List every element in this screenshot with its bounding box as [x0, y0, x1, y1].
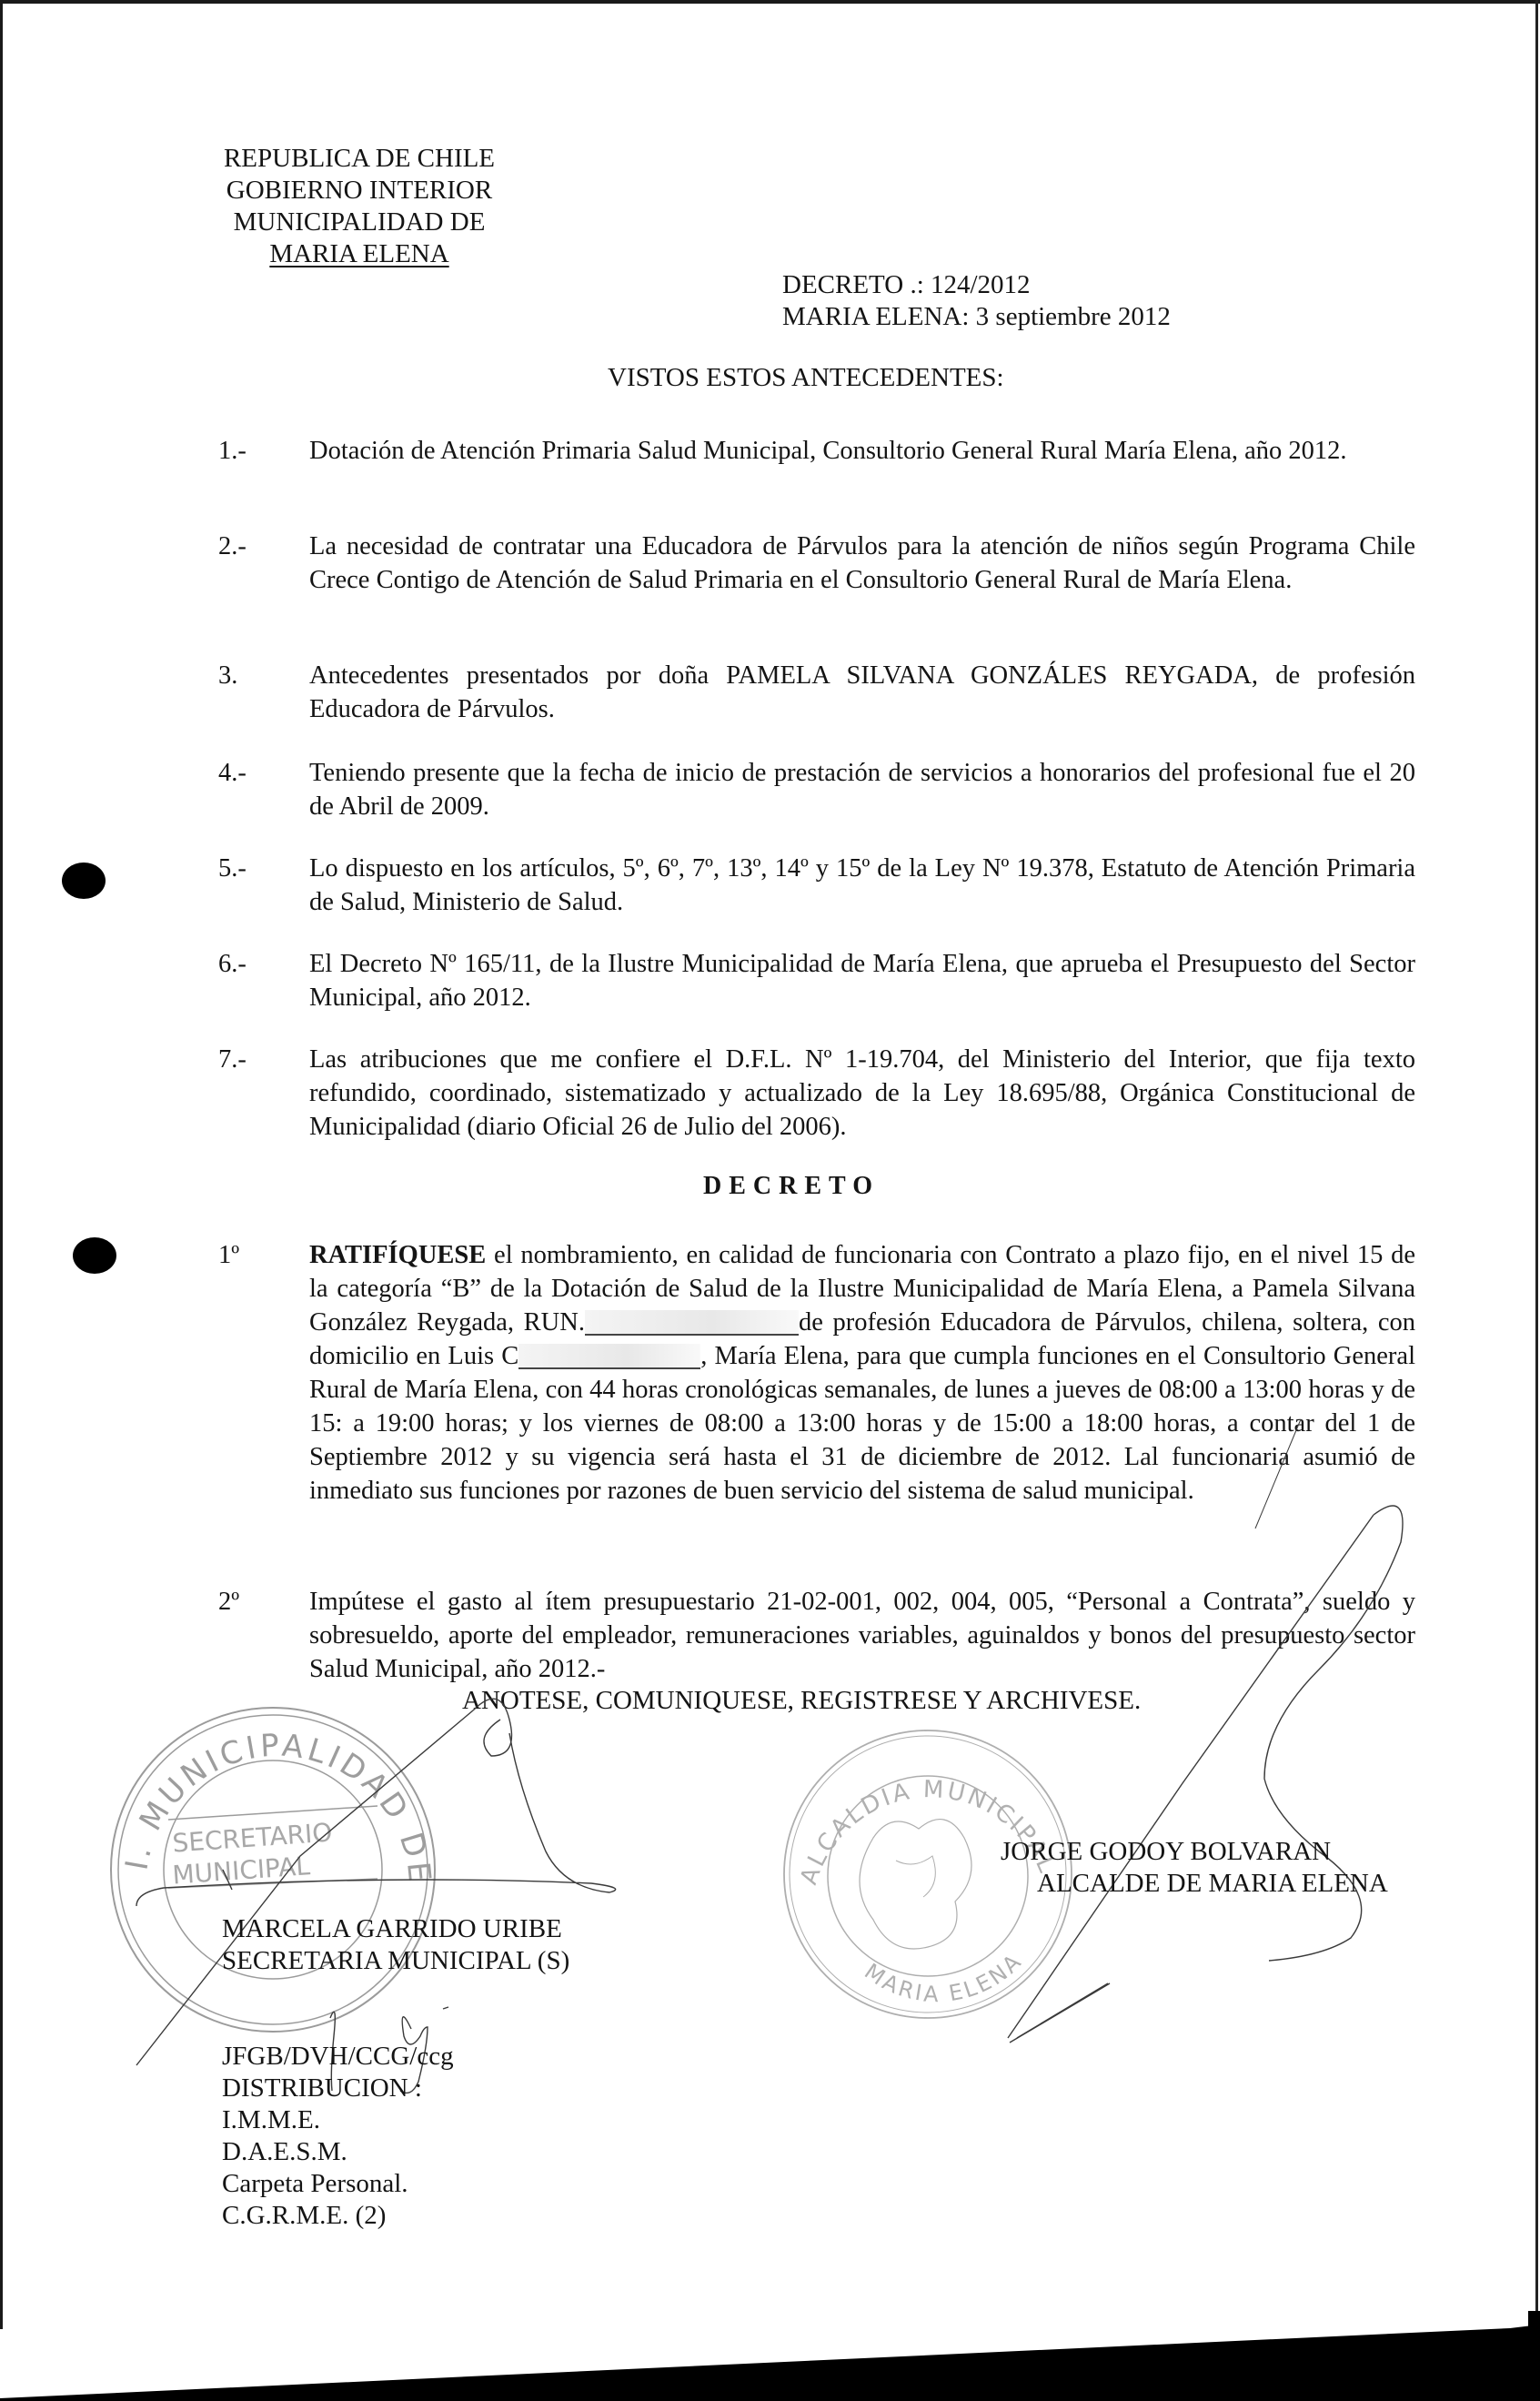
secretary-title: SECRETARIA MUNICIPAL (S): [222, 1945, 569, 1977]
vistos-item-number: 1.-: [218, 434, 247, 468]
decreto-heading: DECRETO: [673, 1172, 910, 1201]
vistos-item-number: 3.: [218, 659, 237, 692]
distribution-label: DISTRIBUCION :: [222, 2073, 422, 2104]
article-text: RATIFÍQUESE el nombramiento, en calidad …: [309, 1238, 1415, 1508]
secretary-signature: [136, 1699, 616, 2065]
vistos-item-number: 5.-: [218, 852, 247, 885]
scan-edge-right: [1535, 0, 1538, 2329]
closing-formula: ANOTESE, COMUNIQUESE, REGISTRESE Y ARCHI…: [462, 1685, 1141, 1717]
redacted-run: [585, 1310, 799, 1336]
vistos-item-number: 6.-: [218, 947, 247, 981]
vistos-item-text: Las atribuciones que me confiere el D.F.…: [309, 1043, 1415, 1144]
vistos-item-number: 7.-: [218, 1043, 247, 1076]
mayor-stamp: ALCALDIA MUNICIPAL MARIA ELENA: [784, 1730, 1072, 2018]
scanned-document-page: REPUBLICA DE CHILE GOBIERNO INTERIOR MUN…: [0, 0, 1540, 2401]
distribution-item: C.G.R.M.E. (2): [222, 2200, 386, 2232]
vistos-item-text: Lo dispuesto en los artículos, 5º, 6º, 7…: [309, 852, 1415, 919]
stamp-municipal-text: MUNICIPAL: [171, 1851, 311, 1891]
vistos-item-number: 4.-: [218, 756, 247, 790]
vistos-item-text: El Decreto Nº 165/11, de la Ilustre Muni…: [309, 947, 1415, 1014]
punch-hole-top: [62, 863, 106, 899]
header-line-government: GOBIERNO INTERIOR: [209, 175, 509, 207]
vistos-item-number: 2.-: [218, 530, 247, 563]
punch-hole-bottom: [73, 1237, 116, 1274]
vistos-heading: VISTOS ESTOS ANTECEDENTES:: [608, 362, 1004, 394]
mayor-signature: [1008, 1419, 1403, 2043]
scan-edge-left: [0, 0, 3, 2329]
vistos-item-text: Dotación de Atención Primaria Salud Muni…: [309, 434, 1415, 468]
typist-initials: JFGB/DVH/CCG/ccg: [222, 2041, 454, 2073]
mayor-name: JORGE GODOY BOLVARAN: [1001, 1836, 1331, 1868]
secretary-name: MARCELA GARRIDO URIBE: [222, 1913, 562, 1945]
secretary-stamp: I. MUNICIPALIDAD DE MARIA ELENA SECRETAR…: [0, 0, 438, 2032]
header-line-city: MARIA ELENA: [209, 238, 509, 270]
vistos-item-text: Teniendo presente que la fecha de inicio…: [309, 756, 1415, 823]
distribution-item: D.A.E.S.M.: [222, 2136, 347, 2168]
redacted-address: [518, 1344, 700, 1369]
article-text: Impútese el gasto al ítem presupuestario…: [309, 1585, 1415, 1686]
svg-text:MARIA ELENA: MARIA ELENA: [860, 1948, 1027, 2007]
vistos-item-text: La necesidad de contratar una Educadora …: [309, 530, 1415, 597]
decree-place-date: MARIA ELENA: 3 septiembre 2012: [782, 301, 1171, 333]
scan-edge-top: [0, 0, 1540, 4]
svg-text:ALCALDIA MUNICIPAL: ALCALDIA MUNICIPAL: [795, 1776, 1061, 1888]
header-city-underlined: MARIA ELENA: [269, 239, 448, 268]
article-lead-word: RATIFÍQUESE: [309, 1241, 486, 1269]
stamp-secretario-text: SECRETARIO: [171, 1817, 333, 1858]
header-line-country: REPUBLICA DE CHILE: [209, 143, 509, 175]
article-number: 2º: [218, 1585, 239, 1619]
vistos-item-text: Antecedentes presentados por doña PAMELA…: [309, 659, 1415, 726]
decree-number: DECRETO .: 124/2012: [782, 269, 1031, 301]
header-line-municipality: MUNICIPALIDAD DE: [209, 207, 509, 238]
distribution-item: I.M.M.E.: [222, 2104, 320, 2136]
distribution-item: Carpeta Personal.: [222, 2168, 408, 2200]
mayor-title: ALCALDE DE MARIA ELENA: [1037, 1868, 1388, 1900]
article-number: 1º: [218, 1238, 239, 1272]
